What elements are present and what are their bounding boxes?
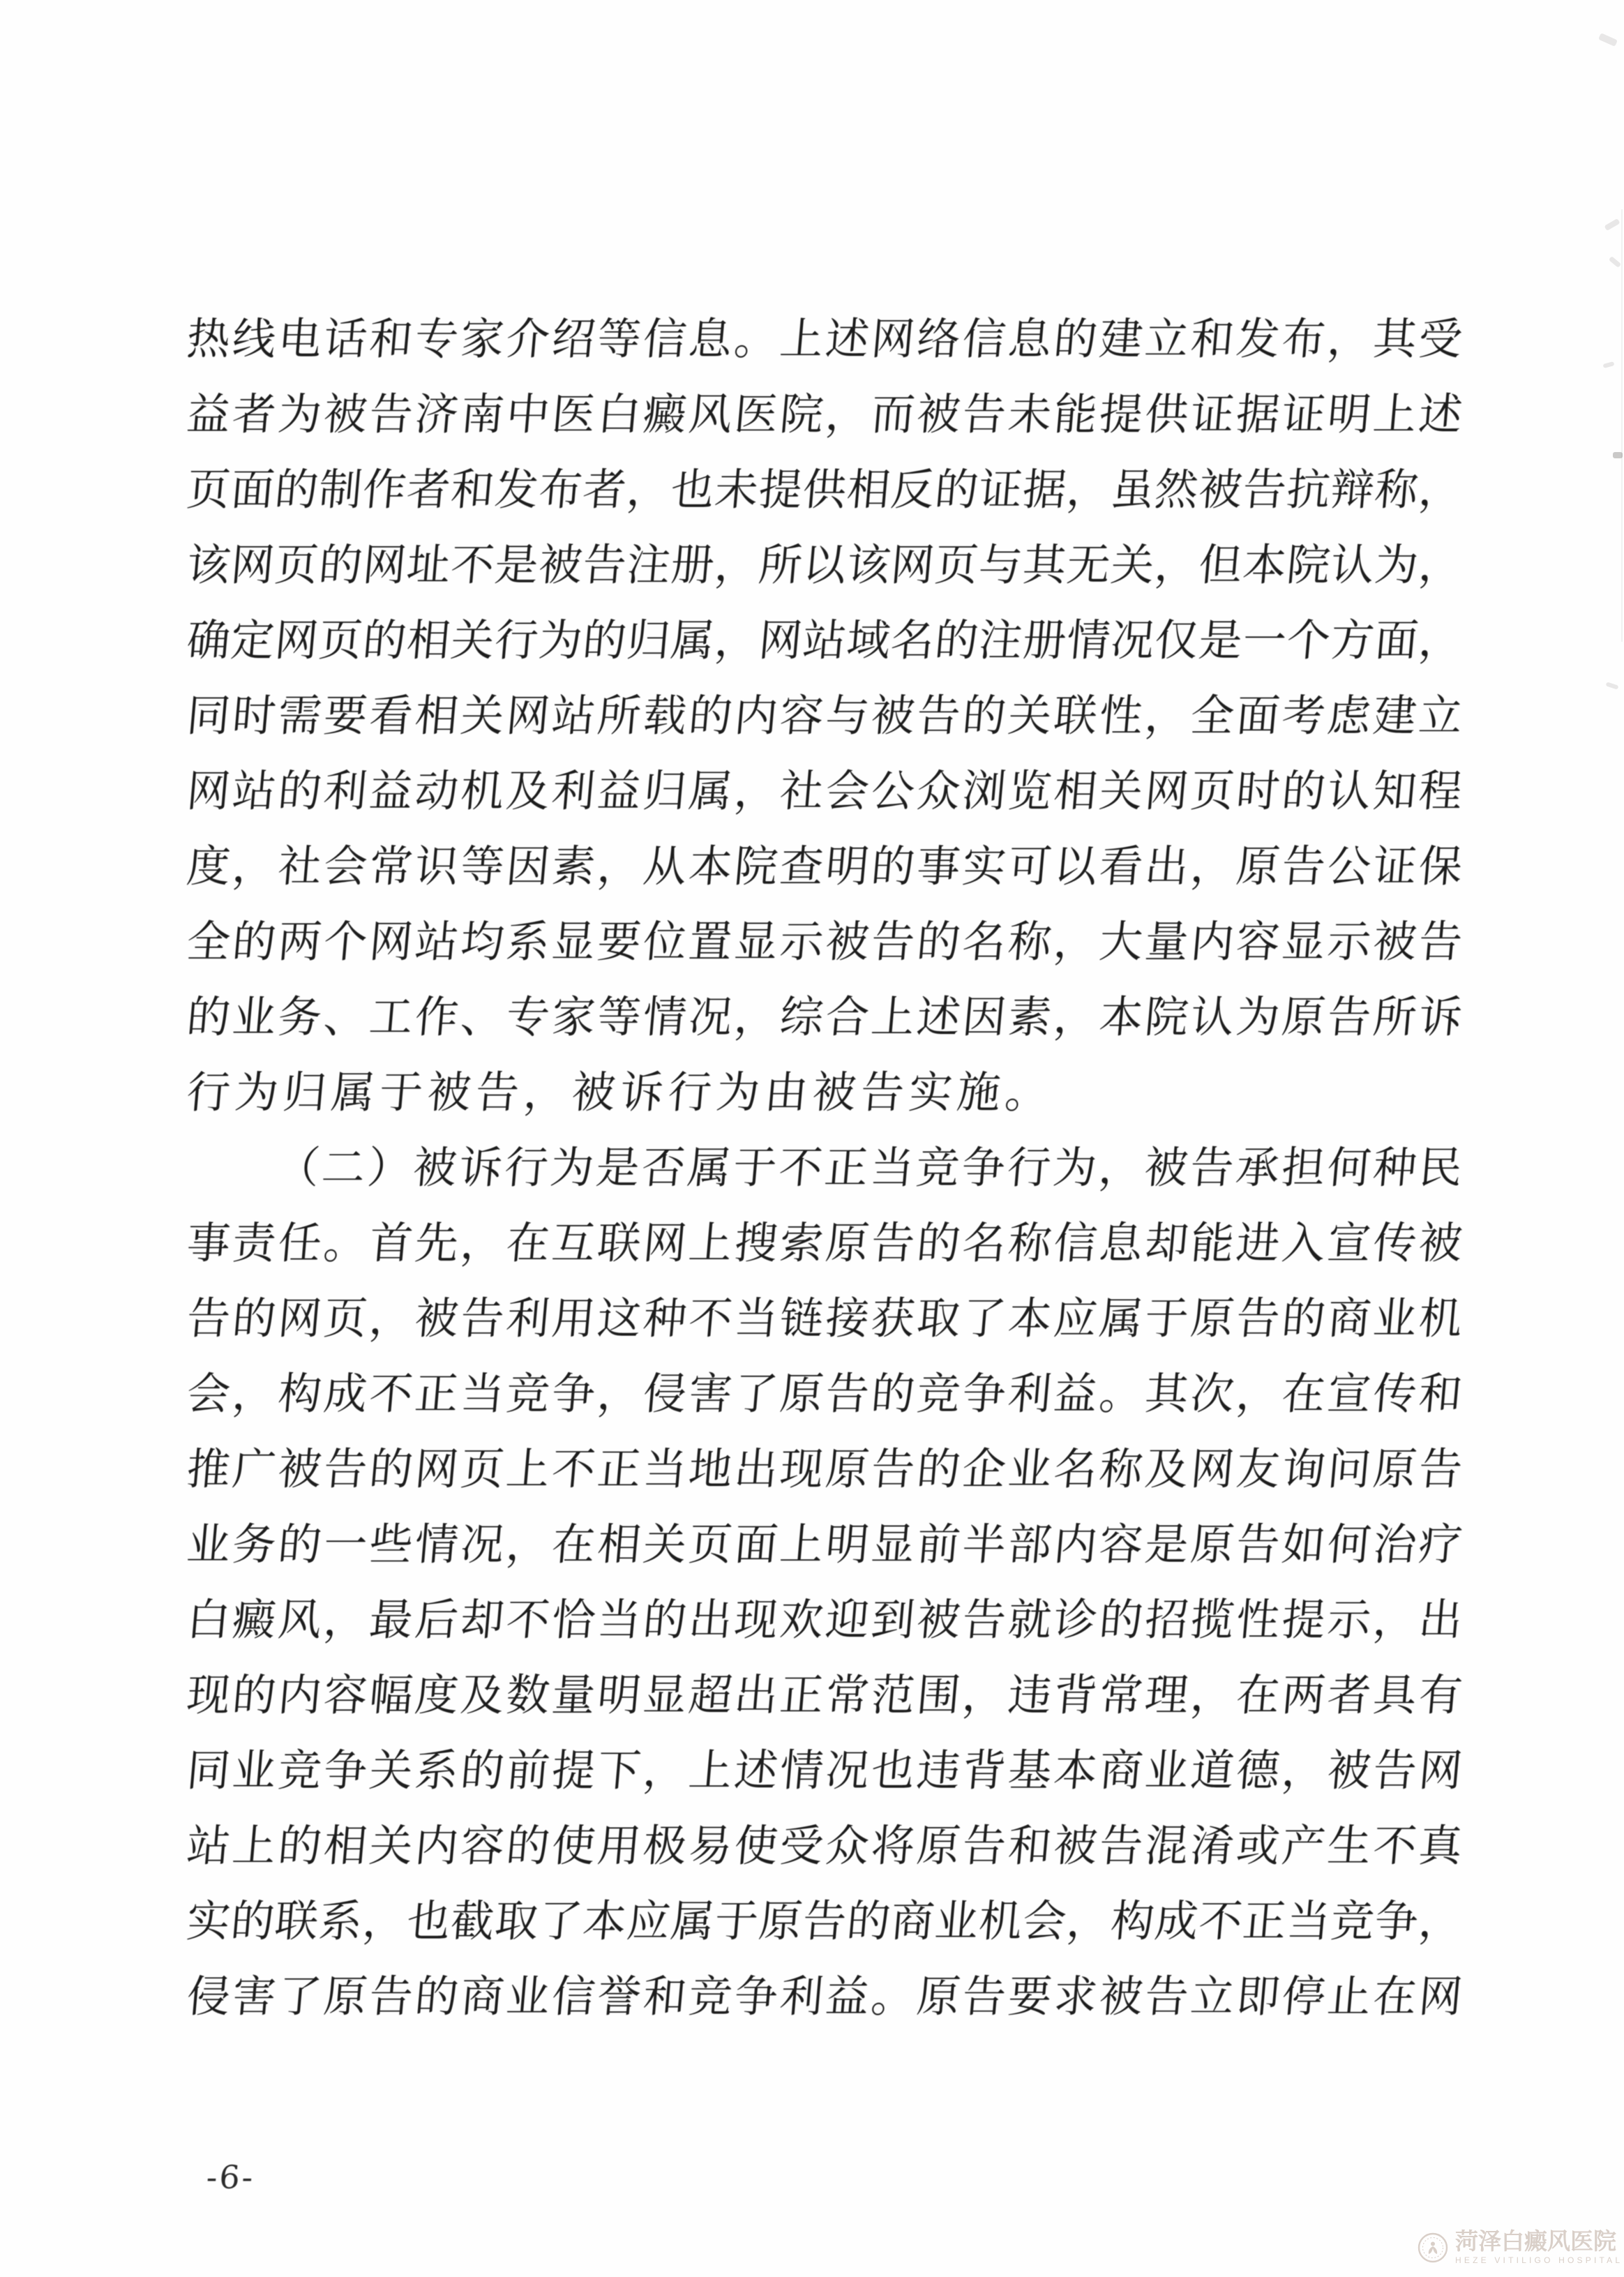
text-line: 页面的制作者和发布者，也未提供相反的证据，虽然被告抗辩称， — [183, 452, 1465, 527]
hospital-seal-icon — [1418, 2232, 1448, 2263]
text-line: 同业竞争关系的前提下，上述情况也违背基本商业道德，被告网 — [183, 1733, 1465, 1808]
scan-artifact — [1604, 218, 1620, 231]
text-line: 白癜风，最后却不恰当的出现欢迎到被告就诊的招揽性提示，出 — [183, 1582, 1465, 1658]
text-line: 度，社会常识等因素，从本院查明的事实可以看出，原告公证保 — [183, 829, 1465, 904]
scan-artifact — [1598, 33, 1618, 47]
text-line: 推广被告的网页上不正当地出现原告的企业名称及网友询问原告 — [183, 1431, 1465, 1507]
watermark-hospital-name-en: HEZE VITILIGO HOSPITAL — [1455, 2255, 1623, 2265]
hospital-watermark: 菏泽白癜风医院 HEZE VITILIGO HOSPITAL — [1418, 2230, 1623, 2265]
text-line: 站上的相关内容的使用极易使受众将原告和被告混淆或产生不真 — [183, 1808, 1465, 1884]
text-line: 现的内容幅度及数量明显超出正常范围，违背常理，在两者具有 — [183, 1658, 1465, 1733]
text-line: 事责任。首先，在互联网上搜索原告的名称信息却能进入宣传被 — [183, 1205, 1465, 1281]
scan-edge-artifact — [1621, 209, 1623, 642]
text-line: 业务的一些情况，在相关页面上明显前半部内容是原告如何治疗 — [183, 1507, 1465, 1582]
text-line: 的业务、工作、专家等情况，综合上述因素，本院认为原告所诉 — [183, 979, 1465, 1055]
text-line: （二）被诉行为是否属于不正当竞争行为，被告承担何种民 — [183, 1130, 1465, 1205]
watermark-hospital-name-cn: 菏泽白癜风医院 — [1455, 2230, 1623, 2253]
text-line: 全的两个网站均系显要位置显示被告的名称，大量内容显示被告 — [183, 904, 1465, 979]
scan-artifact — [1609, 256, 1621, 268]
text-line: 该网页的网址不是被告注册，所以该网页与其无关，但本院认为， — [183, 527, 1465, 603]
scanned-judgment-page: 热线电话和专家介绍等信息。上述网络信息的建立和发布，其受益者为被告济南中医白癜风… — [0, 0, 1624, 2277]
text-line: 确定网页的相关行为的归属，网站域名的注册情况仅是一个方面， — [183, 603, 1465, 678]
text-line: 会，构成不正当竞争，侵害了原告的竞争利益。其次，在宣传和 — [183, 1356, 1465, 1431]
text-line: 行为归属于被告，被诉行为由被告实施。 — [183, 1055, 1465, 1130]
scan-artifact — [1602, 361, 1614, 368]
text-line: 网站的利益动机及利益归属，社会公众浏览相关网页时的认知程 — [183, 753, 1465, 829]
page-number: -6- — [205, 2158, 256, 2196]
scan-artifact — [1613, 452, 1623, 458]
watermark-text: 菏泽白癜风医院 HEZE VITILIGO HOSPITAL — [1455, 2230, 1623, 2265]
text-line: 侵害了原告的商业信誉和竞争利益。原告要求被告立即停止在网 — [183, 1959, 1465, 2034]
judgment-body-text: 热线电话和专家介绍等信息。上述网络信息的建立和发布，其受益者为被告济南中医白癜风… — [187, 301, 1462, 2034]
text-line: 实的联系，也截取了本应属于原告的商业机会，构成不正当竞争， — [183, 1884, 1465, 1959]
text-line: 告的网页，被告利用这种不当链接获取了本应属于原告的商业机 — [183, 1281, 1465, 1356]
text-line: 同时需要看相关网站所载的内容与被告的关联性，全面考虑建立 — [183, 678, 1465, 753]
text-line: 益者为被告济南中医白癜风医院，而被告未能提供证据证明上述 — [183, 377, 1465, 452]
text-line: 热线电话和专家介绍等信息。上述网络信息的建立和发布，其受 — [183, 301, 1465, 377]
scan-artifact — [1606, 682, 1619, 689]
